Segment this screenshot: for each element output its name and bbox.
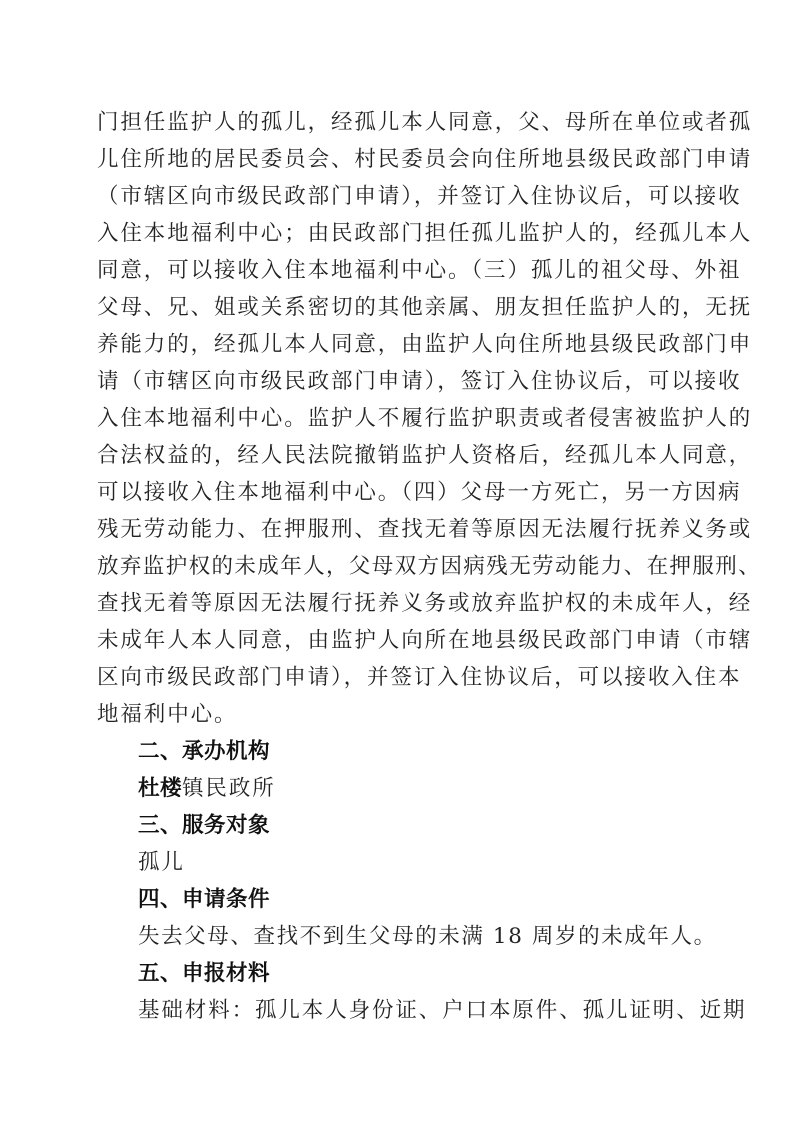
body-text-line: 入住本地福利中心；由民政部门担任孤儿监护人的，经孤儿本人: [97, 219, 697, 249]
body-text-line: 门担任监护人的孤儿，经孤儿本人同意，父、母所在单位或者孤: [97, 108, 697, 138]
body-text-line: 合法权益的，经人民法院撤销监护人资格后，经孤儿本人同意，: [97, 441, 697, 471]
body-text-line: 同意，可以接收入住本地福利中心。（三）孤儿的祖父母、外祖: [97, 256, 697, 286]
body-text-line: 父母、兄、姐或关系密切的其他亲属、朋友担任监护人的，无抚: [97, 293, 697, 323]
section-heading-conditions: 四、申请条件: [138, 885, 738, 915]
body-text-line: 养能力的，经孤儿本人同意，由监护人向住所地县级民政部门申: [97, 330, 697, 360]
body-text-line: 可以接收入住本地福利中心。（四）父母一方死亡，另一方因病: [97, 478, 697, 508]
body-text-line: 入住本地福利中心。监护人不履行监护职责或者侵害被监护人的: [97, 404, 697, 434]
agency-office-name: 镇民政所: [182, 776, 276, 801]
document-page: 门担任监护人的孤儿，经孤儿本人同意，父、母所在单位或者孤 儿住所地的居民委员会、…: [0, 0, 793, 1122]
section-content-conditions: 失去父母、查找不到生父母的未满 18 周岁的未成年人。: [138, 922, 738, 952]
agency-town-name: 杜楼: [138, 776, 182, 801]
section-content-agency: 杜楼镇民政所: [138, 774, 738, 804]
body-text-line: 儿住所地的居民委员会、村民委员会向住所地县级民政部门申请: [97, 145, 697, 175]
section-content-materials: 基础材料：孤儿本人身份证、户口本原件、孤儿证明、近期: [138, 996, 738, 1026]
section-heading-service-target: 三、服务对象: [138, 811, 738, 841]
section-content-service-target: 孤儿: [138, 848, 738, 878]
body-text-line: 地福利中心。: [97, 700, 697, 730]
body-text-line: 残无劳动能力、在押服刑、查找无着等原因无法履行抚养义务或: [97, 515, 697, 545]
body-text-line: 请（市辖区向市级民政部门申请），签订入住协议后，可以接收: [97, 367, 697, 397]
section-heading-materials: 五、申报材料: [138, 959, 738, 989]
section-heading-agency: 二、承办机构: [138, 737, 738, 767]
body-text-line: 未成年人本人同意，由监护人向所在地县级民政部门申请（市辖: [97, 626, 697, 656]
body-text-line: 查找无着等原因无法履行抚养义务或放弃监护权的未成年人，经: [97, 589, 697, 619]
body-text-line: （市辖区向市级民政部门申请），并签订入住协议后，可以接收: [97, 182, 697, 212]
body-text-line: 区向市级民政部门申请），并签订入住协议后，可以接收入住本: [97, 663, 697, 693]
body-text-line: 放弃监护权的未成年人，父母双方因病残无劳动能力、在押服刑、: [97, 552, 697, 582]
